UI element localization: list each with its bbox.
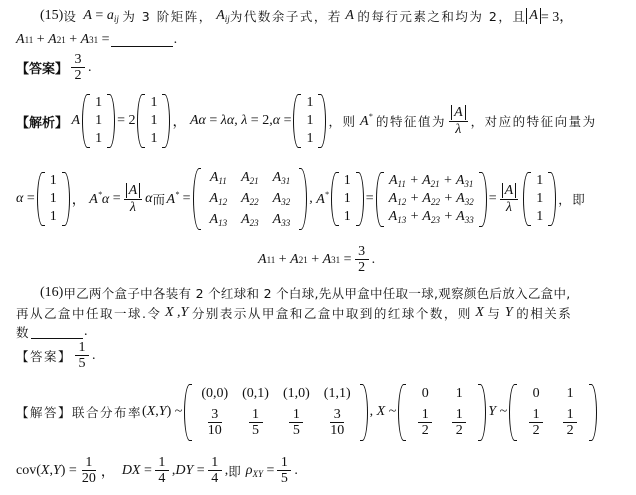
vector-ones: 111 bbox=[331, 172, 364, 226]
text: 设 bbox=[63, 7, 77, 25]
answer-blank bbox=[111, 34, 173, 47]
text: 而 bbox=[153, 190, 167, 208]
answer-blank bbox=[31, 326, 83, 339]
solution-label: 【解答】 bbox=[16, 403, 72, 421]
text: 的每行元素之和均为 2，且 bbox=[357, 7, 526, 25]
vector-ones: 111 bbox=[523, 172, 556, 226]
text: 数 bbox=[16, 323, 30, 341]
x-marginal-matrix: 01 1212 bbox=[398, 384, 486, 441]
text: ，则 bbox=[328, 112, 356, 130]
row-sum-vector: A11 + A21 + A31 A12 + A22 + A32 A13 + A2… bbox=[376, 172, 487, 227]
text: 为代数余子式，若 bbox=[230, 7, 342, 25]
text: 与 bbox=[487, 304, 501, 322]
q15-result: A11 + A21 + A31 = 32. bbox=[258, 244, 375, 276]
vector-ones: 111 bbox=[37, 172, 70, 226]
text: ，对应的特征向量为 bbox=[471, 112, 597, 130]
answer-fraction: 32 bbox=[71, 52, 85, 84]
question-number: (15) bbox=[40, 8, 63, 24]
q16-answer: 【答案】 15. bbox=[16, 340, 96, 372]
text: 为 3 阶矩阵， bbox=[122, 7, 212, 25]
text: = 3， bbox=[541, 6, 573, 26]
text: 再从乙盒中任取一球.令 bbox=[16, 304, 161, 322]
q15-blank-line: A11 + A21 + A31 =. bbox=[16, 32, 177, 48]
q16-solution-line2: cov(X,Y) = 120， DX =14,DY =14,即 ρXY =15. bbox=[16, 455, 298, 487]
vector-ones: 111 bbox=[137, 94, 170, 148]
answer-label: 【答案】 bbox=[16, 58, 68, 77]
vector-ones: 111 bbox=[293, 94, 326, 148]
adjugate-matrix: A11A21A31 A12A22A32 A13A23A33 bbox=[193, 168, 308, 230]
text: 的特征值为 bbox=[376, 112, 446, 130]
text: 的相关系 bbox=[516, 304, 572, 322]
question-number: (16) bbox=[40, 285, 63, 301]
q16-solution-line1: 【解答】 联合分布率 (X,Y) ~ (0,0)(0,1)(1,0)(1,1) … bbox=[16, 384, 599, 441]
q16-stem-line3: 数 . bbox=[16, 323, 88, 341]
q15-stem-line1: (15) 设 A = aij 为 3 阶矩阵， Aij 为代数余子式，若 A 的… bbox=[40, 6, 573, 26]
q16-stem-line1: (16) 甲乙两个盒子中各装有 2 个红球和 2 个白球,先从甲盒中任取一球,观… bbox=[40, 284, 571, 302]
q16-stem-line2: 再从乙盒中任取一球.令 X ,Y 分别表示从甲盒和乙盒中取到的红球个数，则 X … bbox=[16, 304, 572, 322]
joint-distribution-matrix: (0,0)(0,1)(1,0)(1,1) 310 15 15 310 bbox=[184, 384, 367, 441]
text: 分别表示从甲盒和乙盒中取到的红球个数，则 bbox=[192, 304, 472, 322]
q15-answer: 【答案】 32. bbox=[16, 52, 92, 84]
q15-analysis-line1: 【解析】 A 111 = 2 111 ， Aα = λα, λ = 2,α = … bbox=[16, 94, 597, 148]
text: 联合分布率 bbox=[72, 403, 142, 421]
text: 即 bbox=[228, 462, 242, 480]
analysis-label: 【解析】 bbox=[16, 112, 68, 131]
y-marginal-matrix: 01 1212 bbox=[509, 384, 597, 441]
q15-analysis-line2: α = 111 ， A*α = Aλα 而 A* = A11A21A31 A12… bbox=[16, 168, 586, 230]
text: ，即 bbox=[558, 190, 586, 208]
vector-ones: 111 bbox=[82, 94, 115, 148]
answer-label: 【答案】 bbox=[16, 347, 72, 365]
text: 甲乙两个盒子中各装有 2 个红球和 2 个白球,先从甲盒中任取一球,观察颜色后放… bbox=[63, 284, 570, 302]
